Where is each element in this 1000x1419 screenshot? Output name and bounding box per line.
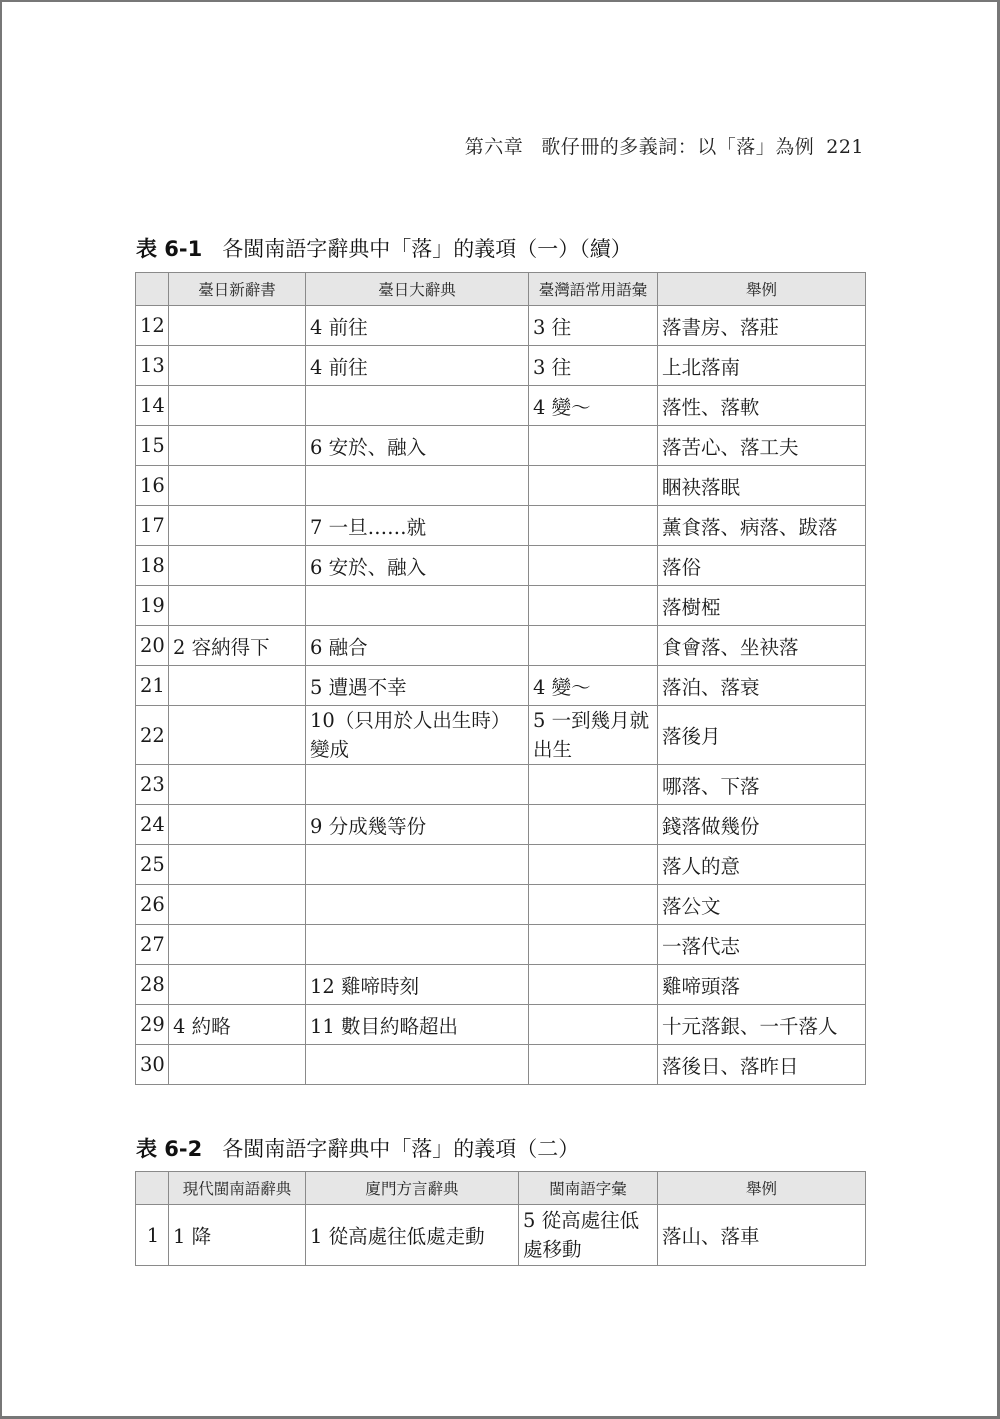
header-taiji-dai-jiten: 臺日大辭典: [306, 273, 529, 306]
table-label: 表 6-2: [136, 1137, 202, 1161]
cell-taiji-dai: 6 融合: [306, 626, 529, 666]
cell-taiji-dai: 6 安於、融入: [306, 426, 529, 466]
cell-taiwan-vocab: [529, 885, 658, 925]
cell-taiwan-vocab: 3 往: [529, 306, 658, 346]
cell-example: 上北落南: [658, 346, 866, 386]
header-taiji-shin-jisho: 臺日新辭書: [169, 273, 306, 306]
table-6-2-caption: 表 6-2各閩南語字辭典中「落」的義項（二）: [136, 1133, 579, 1163]
row-number: 27: [136, 925, 169, 965]
cell-taiwan-vocab: [529, 925, 658, 965]
cell-example: 一落代志: [658, 925, 866, 965]
cell-example: 落書房、落莊: [658, 306, 866, 346]
cell-example: 落人的意: [658, 845, 866, 885]
table-row: 22 10（只用於人出生時）變成 5 一到幾月就出生 落後月: [136, 706, 866, 765]
cell-minnan-glossary: 5 從高處往低處移動: [519, 1205, 658, 1266]
table-row: 12 4 前往 3 往 落書房、落莊: [136, 306, 866, 346]
cell-example: 錢落做幾份: [658, 805, 866, 845]
cell-taiji-dai: [306, 765, 529, 805]
cell-taiji-dai: 11 數目約略超出: [306, 1005, 529, 1045]
row-number: 25: [136, 845, 169, 885]
cell-taiji-shin: [169, 805, 306, 845]
cell-taiji-dai: 6 安於、融入: [306, 546, 529, 586]
row-number: 12: [136, 306, 169, 346]
cell-taiwan-vocab: [529, 805, 658, 845]
table-6-1: 臺日新辭書 臺日大辭典 臺灣語常用語彙 舉例 12 4 前往 3 往 落書房、落…: [135, 272, 866, 1085]
cell-taiji-shin: [169, 466, 306, 506]
cell-taiwan-vocab: [529, 1005, 658, 1045]
cell-example: 落苦心、落工夫: [658, 426, 866, 466]
cell-taiji-shin: [169, 586, 306, 626]
cell-example: 雞啼頭落: [658, 965, 866, 1005]
row-number: 18: [136, 546, 169, 586]
table-row: 27 一落代志: [136, 925, 866, 965]
cell-example: 睏袂落眠: [658, 466, 866, 506]
cell-taiwan-vocab: 5 一到幾月就出生: [529, 706, 658, 765]
row-number: 26: [136, 885, 169, 925]
cell-taiwan-vocab: [529, 1045, 658, 1085]
table-row: 17 7 一旦……就 薰食落、病落、跋落: [136, 506, 866, 546]
cell-taiwan-vocab: 4 變～: [529, 386, 658, 426]
header-index: [136, 1172, 169, 1205]
row-number: 20: [136, 626, 169, 666]
cell-taiji-shin: [169, 386, 306, 426]
cell-taiji-shin: 2 容納得下: [169, 626, 306, 666]
table-row: 13 4 前往 3 往 上北落南: [136, 346, 866, 386]
table-row: 15 6 安於、融入 落苦心、落工夫: [136, 426, 866, 466]
row-number: 17: [136, 506, 169, 546]
table-row: 24 9 分成幾等份 錢落做幾份: [136, 805, 866, 845]
table-label: 表 6-1: [136, 237, 202, 261]
cell-example: 落泊、落衰: [658, 666, 866, 706]
row-number: 23: [136, 765, 169, 805]
table-row: 26 落公文: [136, 885, 866, 925]
cell-taiji-dai: [306, 1045, 529, 1085]
cell-taiji-shin: [169, 546, 306, 586]
chapter-label: 第六章: [465, 136, 524, 158]
header-row: 臺日新辭書 臺日大辭典 臺灣語常用語彙 舉例: [136, 273, 866, 306]
cell-taiji-dai: [306, 845, 529, 885]
cell-taiji-dai: 12 雞啼時刻: [306, 965, 529, 1005]
cell-taiwan-vocab: [529, 546, 658, 586]
cell-taiji-dai: [306, 925, 529, 965]
cell-example: 薰食落、病落、跋落: [658, 506, 866, 546]
cell-taiwan-vocab: 3 往: [529, 346, 658, 386]
cell-taiwan-vocab: [529, 845, 658, 885]
header-examples: 舉例: [658, 273, 866, 306]
cell-taiji-dai: [306, 386, 529, 426]
cell-taiji-shin: [169, 426, 306, 466]
cell-taiji-dai: 7 一旦……就: [306, 506, 529, 546]
cell-example: 食會落、坐袂落: [658, 626, 866, 666]
cell-taiji-shin: [169, 765, 306, 805]
cell-taiji-dai: [306, 586, 529, 626]
table-row: 30 落後日、落昨日: [136, 1045, 866, 1085]
cell-example: 落俗: [658, 546, 866, 586]
cell-taiji-shin: [169, 845, 306, 885]
cell-taiji-shin: [169, 885, 306, 925]
cell-example: 落後月: [658, 706, 866, 765]
cell-taiji-shin: [169, 506, 306, 546]
table-6-2: 現代閩南語辭典 廈門方言辭典 閩南語字彙 舉例 1 1 降 1 從高處往低處走動…: [135, 1171, 866, 1266]
row-number: 1: [136, 1205, 169, 1266]
cell-example: 落公文: [658, 885, 866, 925]
cell-taiji-shin: [169, 925, 306, 965]
table-title: 各閩南語字辭典中「落」的義項（二）: [222, 1137, 579, 1161]
row-number: 28: [136, 965, 169, 1005]
cell-taiji-shin: [169, 346, 306, 386]
cell-taiwan-vocab: [529, 426, 658, 466]
cell-taiji-shin: [169, 1045, 306, 1085]
page-number: 221: [826, 136, 864, 158]
table-row: 16 睏袂落眠: [136, 466, 866, 506]
table-row: 14 4 變～ 落性、落軟: [136, 386, 866, 426]
table-row: 20 2 容納得下 6 融合 食會落、坐袂落: [136, 626, 866, 666]
row-number: 29: [136, 1005, 169, 1045]
cell-taiji-dai: [306, 466, 529, 506]
cell-taiji-dai: 4 前往: [306, 346, 529, 386]
table-row: 21 5 遭遇不幸 4 變～ 落泊、落衰: [136, 666, 866, 706]
cell-taiji-shin: [169, 706, 306, 765]
cell-taiji-shin: 4 約略: [169, 1005, 306, 1045]
table-6-1-caption: 表 6-1各閩南語字辭典中「落」的義項（一）（續）: [136, 233, 632, 263]
cell-taiwan-vocab: [529, 586, 658, 626]
row-number: 16: [136, 466, 169, 506]
cell-taiji-shin: [169, 666, 306, 706]
header-xiamen-dialect-dict: 廈門方言辭典: [306, 1172, 519, 1205]
table-row: 23 哪落、下落: [136, 765, 866, 805]
cell-taiwan-vocab: [529, 506, 658, 546]
cell-taiji-shin: [169, 965, 306, 1005]
cell-taiwan-vocab: [529, 466, 658, 506]
cell-example: 十元落銀、一千落人: [658, 1005, 866, 1045]
cell-taiji-dai: 5 遭遇不幸: [306, 666, 529, 706]
header-minnan-glossary: 閩南語字彙: [519, 1172, 658, 1205]
cell-taiji-dai: 10（只用於人出生時）變成: [306, 706, 529, 765]
table-row: 1 1 降 1 從高處往低處走動 5 從高處往低處移動 落山、落車: [136, 1205, 866, 1266]
table-row: 19 落樹椏: [136, 586, 866, 626]
cell-taiji-shin: [169, 306, 306, 346]
header-taiwan-common-vocab: 臺灣語常用語彙: [529, 273, 658, 306]
cell-modern-minnan: 1 降: [169, 1205, 306, 1266]
row-number: 15: [136, 426, 169, 466]
table-title: 各閩南語字辭典中「落」的義項（一）（續）: [222, 237, 632, 261]
cell-taiji-dai: [306, 885, 529, 925]
cell-example: 哪落、下落: [658, 765, 866, 805]
row-number: 22: [136, 706, 169, 765]
header-index: [136, 273, 169, 306]
cell-example: 落山、落車: [658, 1205, 866, 1266]
cell-taiwan-vocab: 4 變～: [529, 666, 658, 706]
table-row: 29 4 約略 11 數目約略超出 十元落銀、一千落人: [136, 1005, 866, 1045]
cell-taiji-dai: 9 分成幾等份: [306, 805, 529, 845]
table-row: 25 落人的意: [136, 845, 866, 885]
row-number: 14: [136, 386, 169, 426]
cell-example: 落樹椏: [658, 586, 866, 626]
cell-taiwan-vocab: [529, 965, 658, 1005]
row-number: 24: [136, 805, 169, 845]
header-modern-minnan-dict: 現代閩南語辭典: [169, 1172, 306, 1205]
cell-xiamen: 1 從高處往低處走動: [306, 1205, 519, 1266]
row-number: 30: [136, 1045, 169, 1085]
cell-example: 落性、落軟: [658, 386, 866, 426]
cell-taiwan-vocab: [529, 626, 658, 666]
cell-taiwan-vocab: [529, 765, 658, 805]
table-row: 28 12 雞啼時刻 雞啼頭落: [136, 965, 866, 1005]
row-number: 13: [136, 346, 169, 386]
cell-example: 落後日、落昨日: [658, 1045, 866, 1085]
chapter-title: 歌仔冊的多義詞：以「落」為例: [541, 136, 814, 158]
table-row: 18 6 安於、融入 落俗: [136, 546, 866, 586]
header-examples: 舉例: [658, 1172, 866, 1205]
row-number: 19: [136, 586, 169, 626]
running-header: 第六章歌仔冊的多義詞：以「落」為例221: [465, 132, 864, 159]
header-row: 現代閩南語辭典 廈門方言辭典 閩南語字彙 舉例: [136, 1172, 866, 1205]
row-number: 21: [136, 666, 169, 706]
cell-taiji-dai: 4 前往: [306, 306, 529, 346]
